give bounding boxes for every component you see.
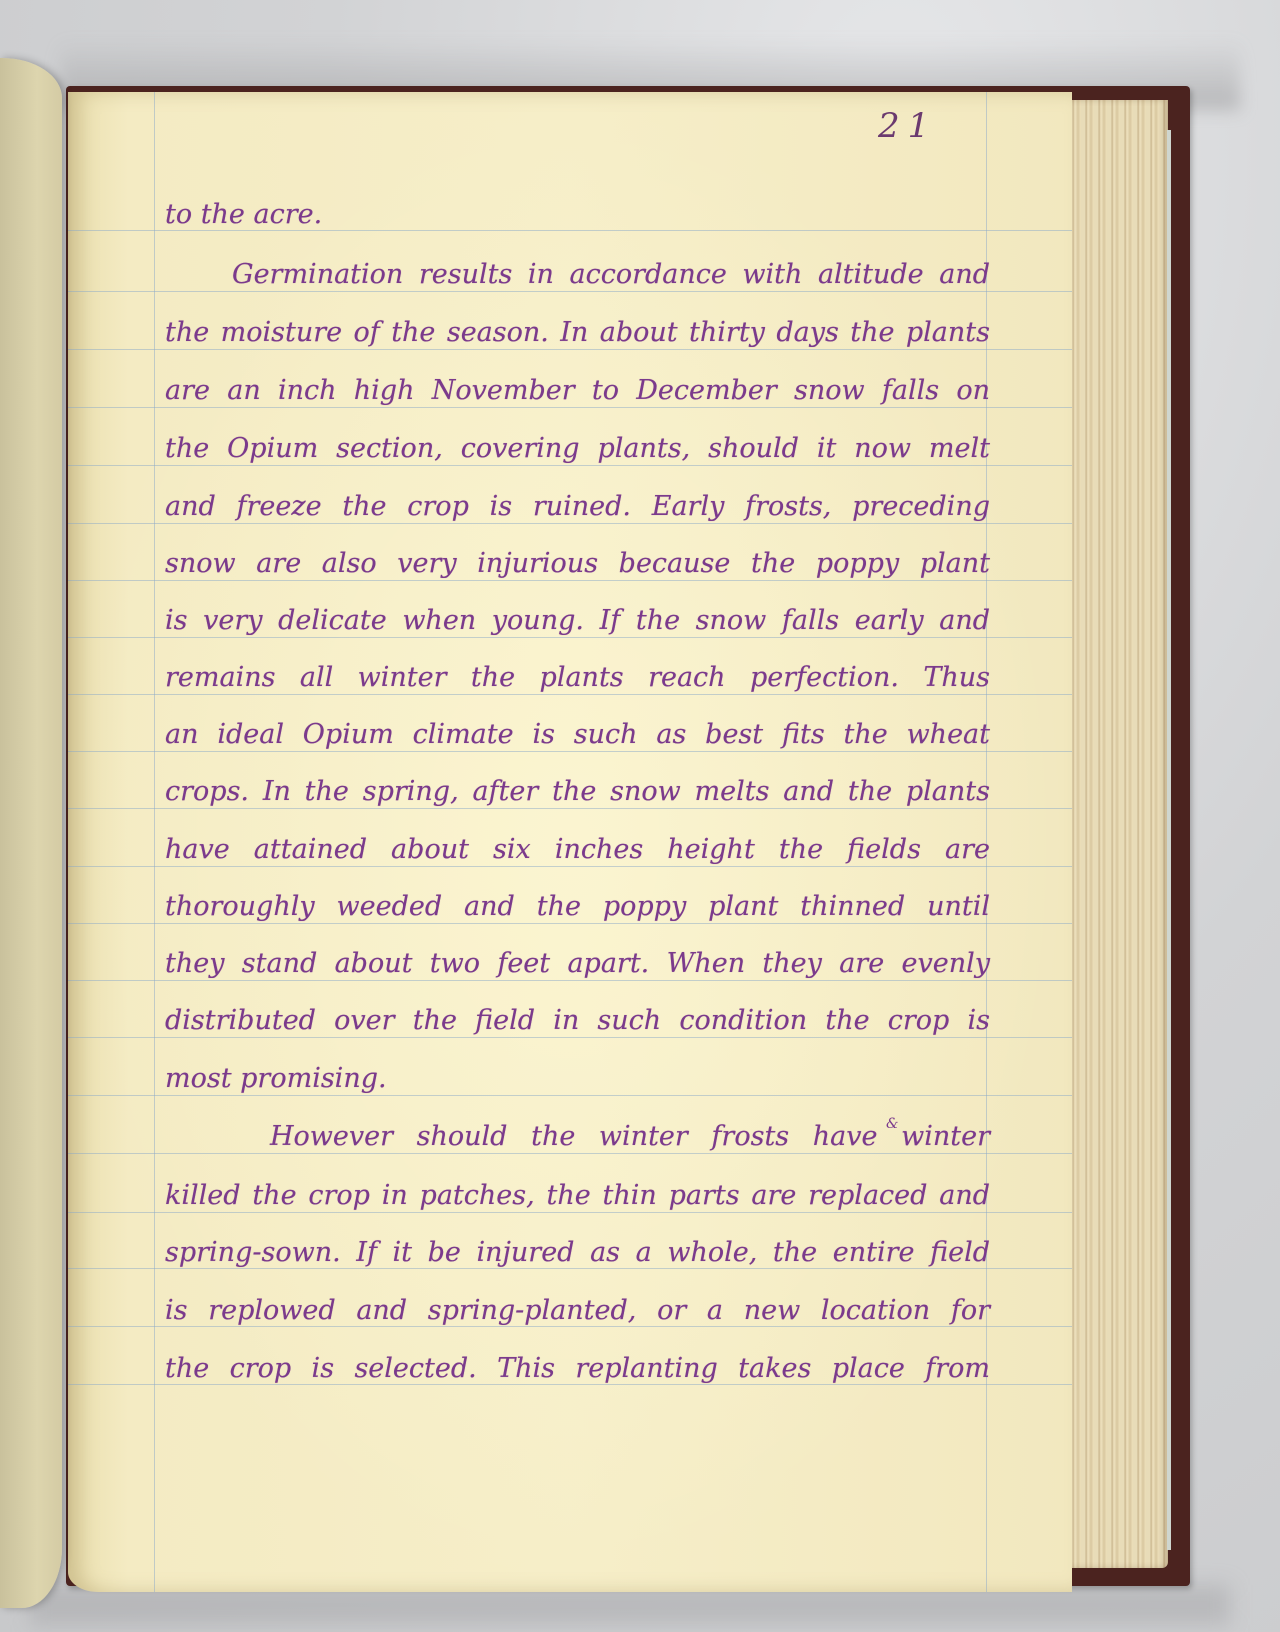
handwritten-line-8: is very delicate when young. If the snow… xyxy=(165,596,990,646)
handwritten-line-4: are an inch high November to December sn… xyxy=(165,366,990,416)
page-stack-edges xyxy=(1068,100,1168,1568)
handwritten-line-14: they stand about two feet apart. When th… xyxy=(165,939,990,989)
page-number: 21 xyxy=(878,106,937,146)
handwritten-line-18: killed the crop in patches, the thin par… xyxy=(165,1171,990,1221)
handwritten-line-12: have attained about six inches height th… xyxy=(165,825,990,875)
handwritten-line-7: snow are also very injurious because the… xyxy=(165,539,990,589)
handwritten-line-6: and freeze the crop is ruined. Early fro… xyxy=(165,482,990,532)
left-margin-line xyxy=(154,92,155,1592)
handwritten-line-21: the crop is selected. This replanting ta… xyxy=(165,1344,990,1394)
handwritten-line-17: However should the winter frosts have wi… xyxy=(270,1112,990,1162)
left-page-curl xyxy=(0,58,62,1608)
handwritten-line-16: most promising. xyxy=(165,1054,990,1104)
handwritten-line-19: spring-sown. If it be injured as a whole… xyxy=(165,1228,990,1278)
handwritten-line-20: is replowed and spring-planted, or a new… xyxy=(165,1286,990,1336)
handwritten-line-3: the moisture of the season. In about thi… xyxy=(165,308,990,358)
handwritten-line-9: remains all winter the plants reach perf… xyxy=(165,653,990,703)
handwritten-line-10: an ideal Opium climate is such as best f… xyxy=(165,710,990,760)
handwritten-line-1: to the acre. xyxy=(165,190,990,240)
insertion-mark: & xyxy=(886,1116,898,1132)
handwritten-line-13: thoroughly weeded and the poppy plant th… xyxy=(165,882,990,932)
handwritten-line-2: Germination results in accordance with a… xyxy=(232,250,990,300)
handwritten-line-5: the Opium section, covering plants, shou… xyxy=(165,424,990,474)
handwritten-line-11: crops. In the spring, after the snow mel… xyxy=(165,767,990,817)
handwritten-line-15: distributed over the field in such condi… xyxy=(165,996,990,1046)
page-stack-outer-edge xyxy=(1167,130,1171,1550)
